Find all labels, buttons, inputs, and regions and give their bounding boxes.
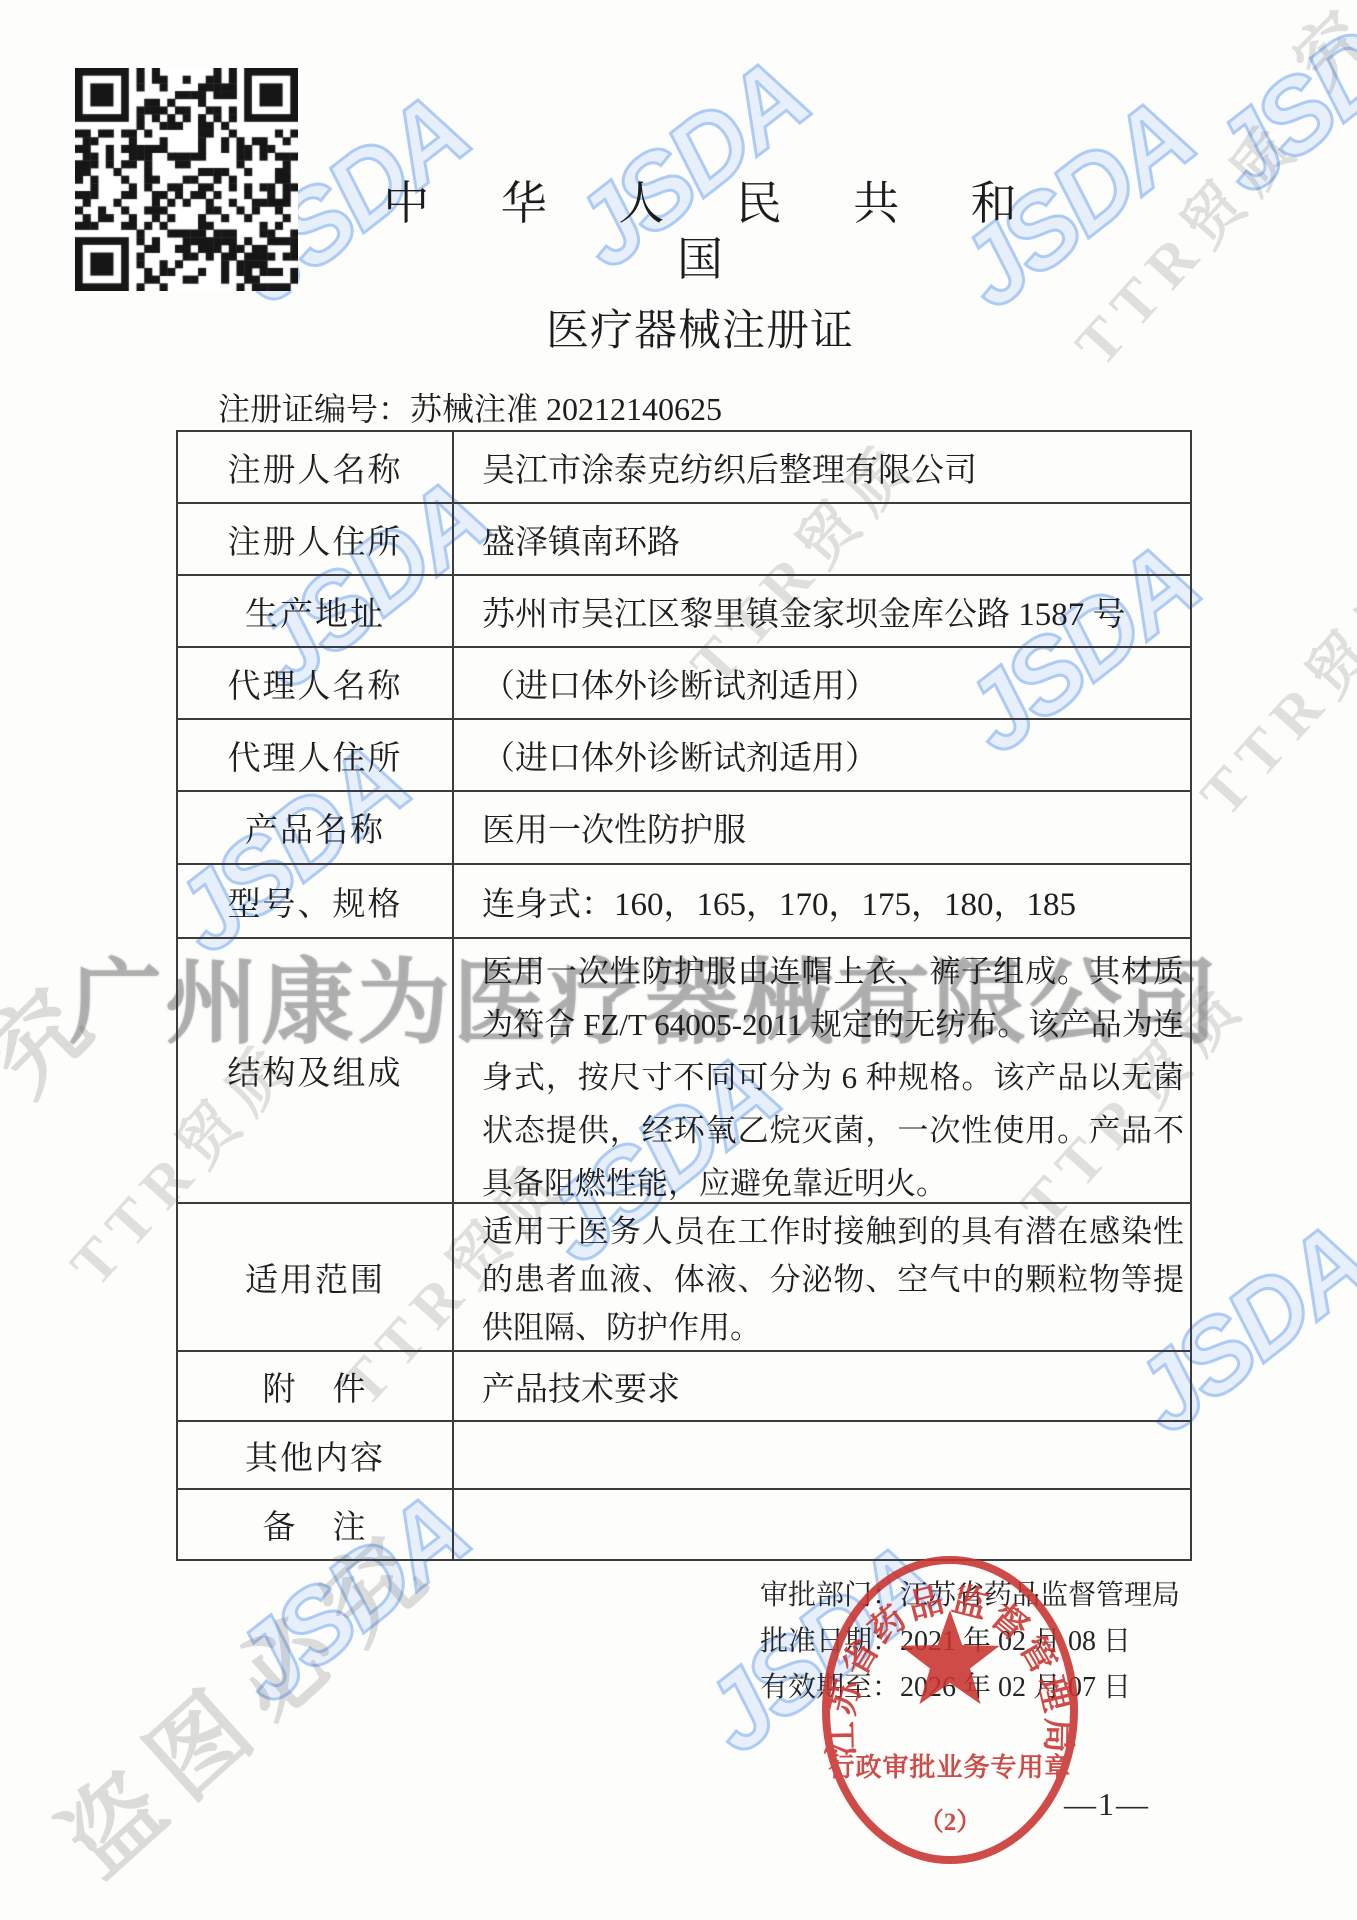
table-row-label: 注册人住所 xyxy=(178,502,454,574)
table-row-label: 型号、规格 xyxy=(178,863,454,937)
content-layer: 中 华 人 民 共 和 国 医疗器械注册证 注册证编号：苏械注准 2021214… xyxy=(0,0,1357,1920)
table-row-label: 附 件 xyxy=(178,1350,454,1420)
table-row-value xyxy=(454,1420,1190,1488)
table-row-value xyxy=(454,1488,1190,1559)
valid-until-line: 有效期至： 2026 年 02 月 07 日 xyxy=(760,1662,1180,1708)
approval-department-label: 审批部门： xyxy=(760,1573,900,1613)
registration-number-label: 注册证编号： xyxy=(218,391,410,427)
table-row-label: 其他内容 xyxy=(178,1420,454,1488)
table-row-label: 备 注 xyxy=(178,1488,454,1559)
table-row-value: 医用一次性防护服 xyxy=(454,790,1190,863)
table-row-label: 适用范围 xyxy=(178,1202,454,1350)
table-row-label: 注册人名称 xyxy=(178,432,454,502)
approval-block: 审批部门： 江苏省药品监督管理局 批准日期： 2021 年 02 月 08 日 … xyxy=(760,1570,1180,1708)
document-title: 中 华 人 民 共 和 国 医疗器械注册证 xyxy=(300,176,1100,360)
table-row-value: （进口体外诊断试剂适用） xyxy=(454,718,1190,790)
table-row-value: 医用一次性防护服由连帽上衣、裤子组成。其材质为符合 FZ/T 64005-201… xyxy=(454,937,1190,1202)
table-row-value: 吴江市涂泰克纺织后整理有限公司 xyxy=(454,432,1190,502)
registration-number-value: 苏械注准 20212140625 xyxy=(410,391,722,427)
approval-department-value: 江苏省药品监督管理局 xyxy=(900,1573,1180,1613)
cert-table: 注册人名称吴江市涂泰克纺织后整理有限公司注册人住所盛泽镇南环路生产地址苏州市吴江… xyxy=(176,430,1192,1561)
table-row-label: 代理人住所 xyxy=(178,718,454,790)
certificate-page: { "document": { "title_line1": "中 华 人 民 … xyxy=(0,0,1357,1920)
valid-until-value: 2026 年 02 月 07 日 xyxy=(900,1665,1131,1705)
table-row-value: （进口体外诊断试剂适用） xyxy=(454,646,1190,718)
approval-department-line: 审批部门： 江苏省药品监督管理局 xyxy=(760,1570,1180,1616)
table-row-value: 苏州市吴江区黎里镇金家坝金库公路 1587 号 xyxy=(454,574,1190,646)
approval-date-line: 批准日期： 2021 年 02 月 08 日 xyxy=(760,1616,1180,1662)
table-row-label: 产品名称 xyxy=(178,790,454,863)
table-row-value: 盛泽镇南环路 xyxy=(454,502,1190,574)
qr-code xyxy=(75,68,298,291)
title-certificate: 医疗器械注册证 xyxy=(300,304,1100,360)
title-country: 中 华 人 民 共 和 国 xyxy=(300,176,1100,288)
table-row-value: 产品技术要求 xyxy=(454,1350,1190,1420)
page-number: —1— xyxy=(1052,1786,1162,1823)
approval-date-value: 2021 年 02 月 08 日 xyxy=(900,1619,1131,1659)
table-row-label: 代理人名称 xyxy=(178,646,454,718)
table-row-label: 结构及组成 xyxy=(178,937,454,1202)
table-row-value: 连身式：160，165，170，175，180，185 xyxy=(454,863,1190,937)
table-row-label: 生产地址 xyxy=(178,574,454,646)
valid-until-label: 有效期至： xyxy=(760,1665,900,1705)
registration-number-line: 注册证编号：苏械注准 20212140625 xyxy=(218,384,722,430)
table-row-value: 适用于医务人员在工作时接触到的具有潜在感染性的患者血液、体液、分泌物、空气中的颗… xyxy=(454,1202,1190,1350)
approval-date-label: 批准日期： xyxy=(760,1619,900,1659)
